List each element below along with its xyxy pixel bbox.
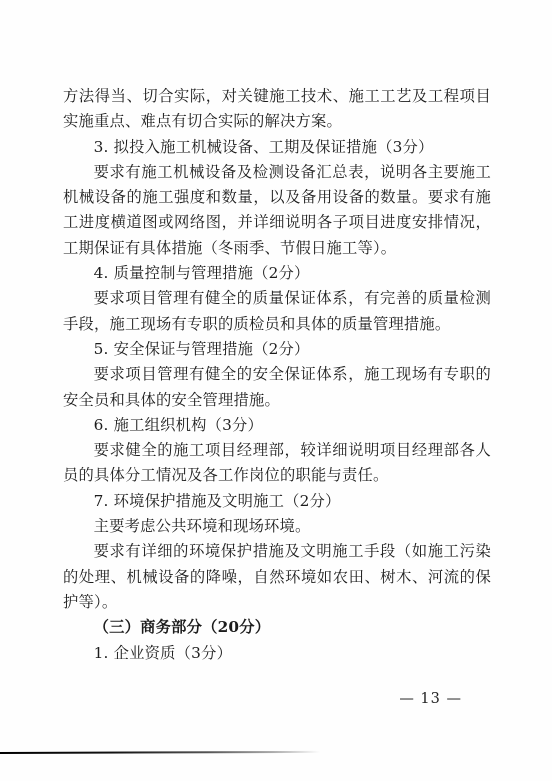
document-page: 方法得当、切合实际，对关键施工技术、施工工艺及工程项目实施重点、难点有切合实际的… [0, 0, 552, 781]
page-number: — 13 — [399, 691, 462, 707]
heading-section-3-commercial: （三）商务部分（20分） [63, 615, 491, 640]
heading-item-4: 4. 质量控制与管理措施（2分） [63, 261, 491, 286]
paragraph-continuation: 方法得当、切合实际，对关键施工技术、施工工艺及工程项目实施重点、难点有切合实际的… [63, 84, 491, 135]
heading-item-6: 6. 施工组织机构（3分） [63, 413, 491, 438]
paragraph-item-5-body: 要求项目管理有健全的安全保证体系，施工现场有专职的安全员和具体的安全管理措施。 [63, 362, 491, 413]
heading-item-3: 3. 拟投入施工机械设备、工期及保证措施（3分） [63, 135, 491, 160]
heading-item-7: 7. 环境保护措施及文明施工（2分） [63, 489, 491, 514]
paragraph-item-7-body-1: 主要考虑公共环境和现场环境。 [63, 514, 491, 539]
paragraph-item-3-body: 要求有施工机械设备及检测设备汇总表，说明各主要施工机械设备的施工强度和数量，以及… [63, 160, 491, 261]
heading-item-1-qualification: 1. 企业资质（3分） [63, 641, 491, 666]
paragraph-item-4-body: 要求项目管理有健全的质量保证体系，有完善的质量检测手段，施工现场有专职的质检员和… [63, 286, 491, 337]
paragraph-item-6-body: 要求健全的施工项目经理部，较详细说明项目经理部各人员的具体分工情况及各工作岗位的… [63, 438, 491, 489]
scan-artifact-line [0, 751, 320, 754]
document-body: 方法得当、切合实际，对关键施工技术、施工工艺及工程项目实施重点、难点有切合实际的… [63, 84, 491, 666]
heading-item-5: 5. 安全保证与管理措施（2分） [63, 337, 491, 362]
paragraph-item-7-body-2: 要求有详细的环境保护措施及文明施工手段（如施工污染的处理、机械设备的降噪，自然环… [63, 539, 491, 615]
